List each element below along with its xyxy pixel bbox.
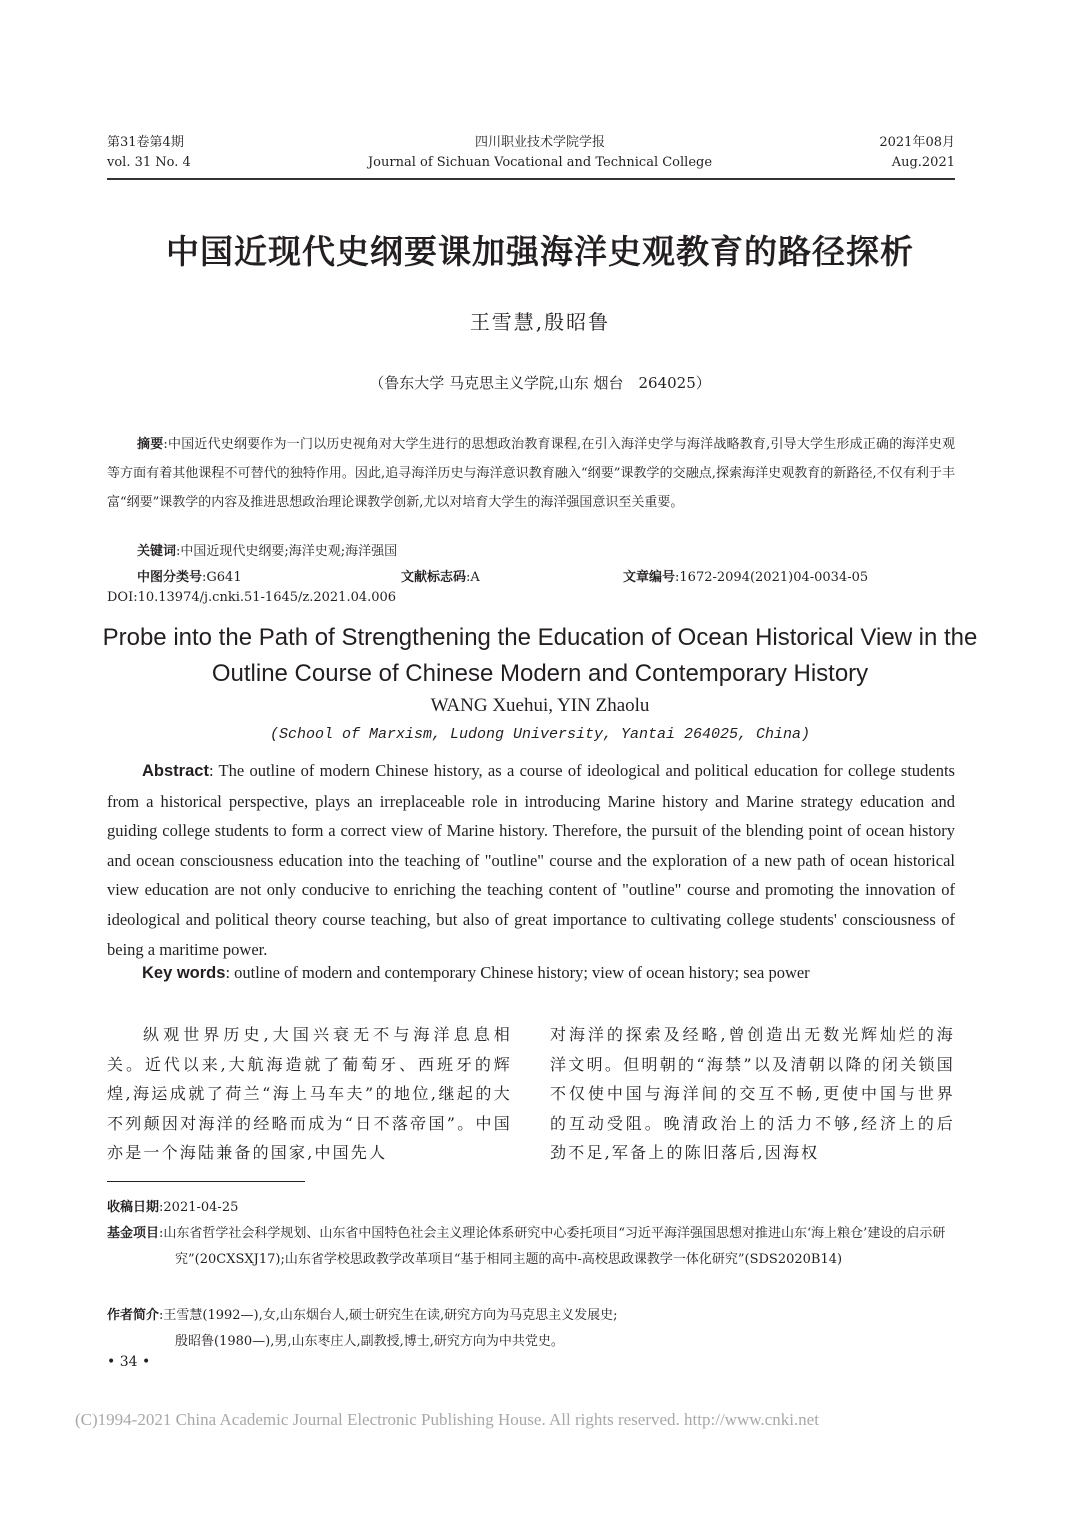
abstract-cn-text: 中国近代史纲要作为一门以历史视角对大学生进行的思想政治教育课程,在引入海洋史学与… xyxy=(107,437,955,510)
affiliation-en: (School of Marxism, Ludong University, Y… xyxy=(0,726,1080,743)
article-title-cn: 中国近现代史纲要课加强海洋史观教育的路径探析 xyxy=(0,226,1080,273)
page-number: • 34 • xyxy=(107,1354,150,1370)
document-code: 文献标志码:A xyxy=(401,566,480,585)
abstract-en: Abstract: The outline of modern Chinese … xyxy=(107,756,955,964)
date-en: Aug.2021 xyxy=(879,153,955,173)
clc: 中图分类号:G641 xyxy=(137,566,242,585)
keywords-cn-text: 中国近现代史纲要;海洋史观;海洋强国 xyxy=(180,544,397,559)
authors-cn: 王雪慧,殷昭鲁 xyxy=(0,306,1080,335)
body-column-right: 对海洋的探索及经略,曾创造出无数光辉灿烂的海洋文明。但明朝的“海禁”以及清朝以降… xyxy=(550,1020,955,1168)
footnote-divider xyxy=(107,1181,305,1182)
keywords-cn-label: 关键词 xyxy=(137,544,176,559)
abstract-en-label: Abstract xyxy=(142,762,209,780)
abstract-cn: 摘要:中国近代史纲要作为一门以历史视角对大学生进行的思想政治教育课程,在引入海洋… xyxy=(107,430,955,517)
body-column-left: 纵观世界历史,大国兴衰无不与海洋息息相关。近代以来,大航海造就了葡萄牙、西班牙的… xyxy=(107,1020,512,1168)
footnote-funding: 基金项目:山东省哲学社会科学规划、山东省中国特色社会主义理论体系研究中心委托项目… xyxy=(107,1221,957,1273)
keywords-cn: 关键词:中国近现代史纲要;海洋史观;海洋强国 xyxy=(137,540,397,559)
journal-date: 2021年08月 Aug.2021 xyxy=(879,133,955,173)
abstract-en-text: The outline of modern Chinese history, a… xyxy=(107,761,955,959)
date-cn: 2021年08月 xyxy=(879,133,955,153)
keywords-en-text: outline of modern and contemporary Chine… xyxy=(234,963,810,982)
abstract-cn-label: 摘要 xyxy=(137,437,163,452)
footnote-author-bio: 作者简介:王雪慧(1992—),女,山东烟台人,硕士研究生在读,研究方向为马克思… xyxy=(107,1303,957,1355)
keywords-en-label: Key words xyxy=(142,964,225,982)
article-number: 文章编号:1672-2094(2021)04-0034-05 xyxy=(623,566,868,585)
doi[interactable]: DOI:10.13974/j.cnki.51-1645/z.2021.04.00… xyxy=(107,590,396,605)
header-divider xyxy=(107,178,955,180)
keywords-en: Key words: outline of modern and contemp… xyxy=(142,963,810,983)
footnote-received-date: 收稿日期:2021-04-25 xyxy=(107,1195,957,1221)
affiliation-cn: （鲁东大学 马克思主义学院,山东 烟台 264025） xyxy=(0,372,1080,393)
article-title-en: Probe into the Path of Strengthening the… xyxy=(0,620,1080,692)
authors-en: WANG Xuehui, YIN Zhaolu xyxy=(0,695,1080,717)
copyright-notice: (C)1994-2021 China Academic Journal Elec… xyxy=(75,1410,819,1430)
